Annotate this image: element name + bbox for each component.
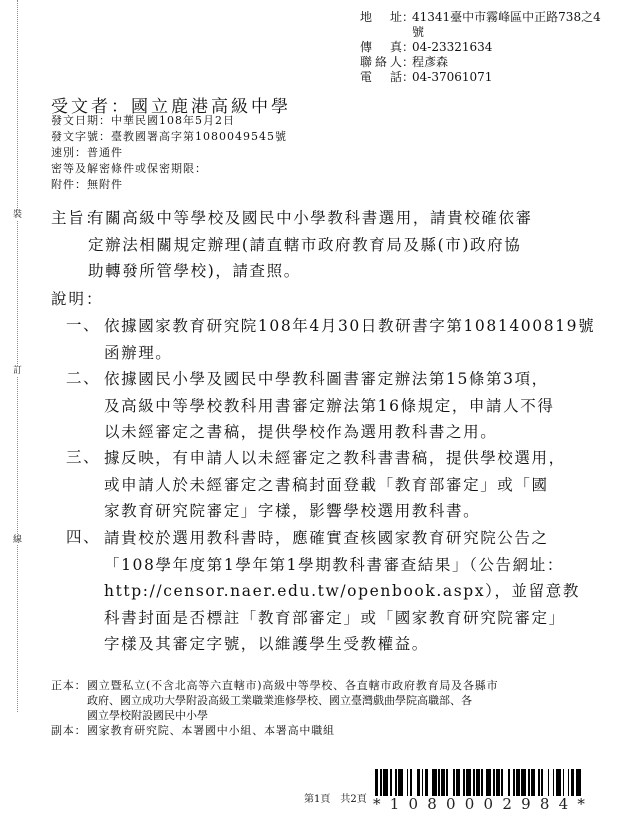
copy-recipients: 副本： 國家教育研究院、本署國中小組、本署高中職組 bbox=[51, 723, 498, 738]
phone-label: 電 話 bbox=[360, 70, 402, 85]
sender-info: 地址 ： 41341臺中市霧峰區中正路738之4 號 傳 真 ： 04-2332… bbox=[360, 10, 601, 85]
item-line: 依據國民小學及國民中學教科圖書審定辦法第15條第3項， bbox=[104, 366, 554, 393]
issue-date: 發文日期：中華民國108年5月2日 bbox=[51, 113, 287, 129]
attachment: 附件：無附件 bbox=[51, 177, 287, 193]
barcode-number: *1080002984* bbox=[373, 795, 585, 813]
item-number: 二、 bbox=[66, 366, 106, 388]
item-line: 據反映，有申請人以未經審定之教科書書稿，提供學校選用， bbox=[104, 445, 566, 472]
barcode-char: * bbox=[577, 795, 585, 813]
subject-line: 定辦法相關規定辦理(請直轄市政府教育局及縣(市)政府協 bbox=[88, 232, 558, 259]
address-continued: 號 bbox=[360, 25, 601, 40]
barcode-bar bbox=[576, 769, 581, 796]
address-value: 41341臺中市霧峰區中正路738之4 bbox=[412, 10, 601, 25]
item-line: 函辦理。 bbox=[104, 340, 595, 367]
barcode-char: 2 bbox=[502, 795, 512, 813]
address-label: 地址 bbox=[360, 10, 402, 25]
barcode-char: 0 bbox=[446, 795, 456, 813]
explanation-label: 說明： bbox=[51, 287, 104, 309]
margin-mark-ding: 訂 bbox=[13, 366, 22, 376]
original-label: 正本： bbox=[51, 678, 87, 693]
fax-row: 傳 真 ： 04-23321634 bbox=[360, 40, 601, 55]
contact-value: 程彥森 bbox=[412, 55, 448, 70]
fax-label: 傳 真 bbox=[360, 40, 402, 55]
item-line: 以未經審定之書稿，提供學校作為選用教科書之用。 bbox=[104, 419, 554, 446]
distribution-section: 正本： 國立暨私立(不含北高等六直轄市)高級中等學校、各直轄市政府教育局及各縣市… bbox=[51, 678, 498, 738]
item-line: 字樣及其審定字號，以維護學生受教權益。 bbox=[104, 631, 580, 658]
barcode-char: 0 bbox=[484, 795, 494, 813]
barcode-char: 8 bbox=[540, 795, 550, 813]
margin-mark-xian: 線 bbox=[13, 535, 22, 545]
fax-value: 04-23321634 bbox=[412, 40, 492, 55]
barcode-char: 0 bbox=[408, 795, 418, 813]
subject-body: 有關高級中等學校及國民中小學教科書選用，請貴校確依審 定辦法相關規定辦理(請直轄… bbox=[88, 205, 558, 285]
item-line: 依據國家教育研究院108年4月30日教研書字第1081400819號 bbox=[104, 313, 595, 340]
item-line: 請貴校於選用教科書時，應確實查核國家教育研究院公告之 bbox=[104, 525, 580, 552]
item-line-url: http://censor.naer.edu.tw/openbook.aspx）… bbox=[104, 578, 580, 605]
phone-value: 04-37061071 bbox=[412, 70, 492, 85]
original-recipients: 正本： 國立暨私立(不含北高等六直轄市)高級中等學校、各直轄市政府教育局及各縣市 bbox=[51, 678, 498, 693]
item-line: 「108學年度第1學年第1學期教科書審查結果」（公告網址： bbox=[104, 552, 580, 579]
contact-row: 聯絡人 ： 程彥森 bbox=[360, 55, 601, 70]
secrecy-level: 密等及解密條件或保密期限： bbox=[51, 161, 287, 177]
phone-row: 電 話 ： 04-37061071 bbox=[360, 70, 601, 85]
contact-label: 聯絡人 bbox=[360, 55, 402, 70]
subject-line: 助轉發所管學校)，請查照。 bbox=[88, 258, 558, 285]
barcode-char: 1 bbox=[390, 795, 400, 813]
delivery-speed: 速別：普通件 bbox=[51, 145, 287, 161]
item-number: 四、 bbox=[66, 525, 106, 547]
binding-dotted-line bbox=[17, 0, 18, 712]
page-number: 第1頁 共2頁 bbox=[304, 790, 367, 805]
item-number: 三、 bbox=[66, 445, 106, 467]
copy-label: 副本： bbox=[51, 723, 87, 738]
margin-mark-zhuang: 裝 bbox=[13, 210, 22, 220]
document-number: 發文字號：臺教國署高字第1080049545號 bbox=[51, 129, 287, 145]
item-line: 及高級中等學校教科用書審定辦法第16條規定，申請人不得 bbox=[104, 393, 554, 420]
document-meta: 發文日期：中華民國108年5月2日 發文字號：臺教國署高字第1080049545… bbox=[51, 113, 287, 193]
barcode-char: * bbox=[373, 795, 381, 813]
barcode bbox=[375, 769, 582, 796]
item-number: 一、 bbox=[66, 313, 106, 335]
item-line: 或申請人於未經審定之書稿封面登載「教育部審定」或「國 bbox=[104, 472, 566, 499]
barcode-char: 8 bbox=[427, 795, 437, 813]
item-line: 科書封面是否標註「教育部審定」或「國家教育研究院審定」 bbox=[104, 605, 580, 632]
barcode-char: 4 bbox=[559, 795, 569, 813]
original-recipients-line: 國立學校附設國民中小學 bbox=[51, 708, 498, 723]
barcode-char: 0 bbox=[465, 795, 475, 813]
address-row: 地址 ： 41341臺中市霧峰區中正路738之4 bbox=[360, 10, 601, 25]
original-recipients-line: 政府、國立成功大學附設高級工業職業進修學校、國立臺灣戲曲學院高職部、各 bbox=[51, 693, 498, 708]
item-line: 家教育研究院審定」字樣，影響學校選用教科書。 bbox=[104, 498, 566, 525]
barcode-char: 9 bbox=[521, 795, 531, 813]
subject-line: 有關高級中等學校及國民中小學教科書選用，請貴校確依審 bbox=[88, 205, 558, 232]
